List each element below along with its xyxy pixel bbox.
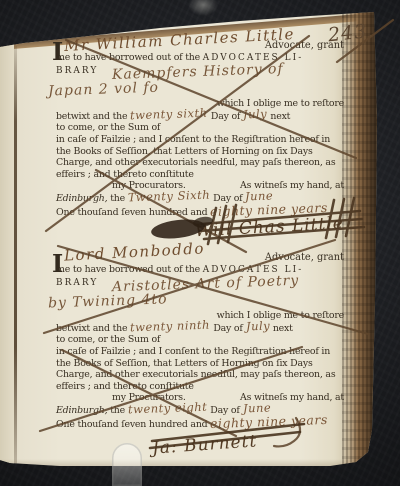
handwritten-signed-day: twenty eight: [128, 402, 208, 416]
register-page: 243. I Mr William Charles Little Advocat…: [0, 0, 400, 486]
printed-line: BRARYKaempfers History of: [56, 65, 344, 79]
initial-letter: I: [52, 252, 63, 276]
handwritten-return-day: twenty ninth: [130, 319, 210, 333]
plastic-page-holder: [112, 443, 142, 486]
entry-header-line: I Lord Monboddo Advocate, grant: [56, 252, 344, 264]
handwritten-return-month: July: [243, 108, 268, 120]
printed-line: Charge, and other executorials needful, …: [56, 369, 344, 381]
gutter-crease: [14, 46, 17, 464]
printed-line: effeirs ; and thereto conſtitute: [56, 169, 344, 181]
handwritten-return-day: twenty sixth: [130, 107, 208, 121]
facing-leaf-edge: [0, 40, 14, 468]
printed-line: the Books of Seſſion, that Letters of Ho…: [56, 146, 344, 158]
handwritten-return-month: July: [245, 320, 270, 332]
borrow-entry: I Lord Monboddo Advocate, grant me to ha…: [56, 252, 344, 455]
printed-line: Charge, and other executorials needful, …: [56, 157, 344, 169]
printed-line: to come, or the Sum of: [56, 122, 344, 134]
printed-line: betwixt and thetwenty ninthDay ofJulynex…: [56, 322, 344, 335]
printed-line: me to have borrowed out of the ADVOCATES…: [56, 52, 344, 65]
entry-header-line: I Mr William Charles Little Advocate, gr…: [56, 40, 344, 52]
printed-line: in caſe of Failzie ; and I conſent to th…: [56, 346, 344, 358]
handwritten-signed-day: Twenty Sixth: [128, 190, 211, 204]
printed-line: BRARYAristotles Art of Poetry: [56, 277, 344, 291]
handwritten-book-title-line2: Japan 2 vol fo: [48, 77, 248, 100]
printed-line: the Books of Seſſion, that Letters of Ho…: [56, 358, 344, 370]
handwritten-year: eighty nine years: [210, 413, 328, 429]
printed-line: effeirs ; and thereto conſtitute: [56, 381, 344, 393]
initial-letter: I: [52, 40, 63, 64]
printed-line: in caſe of Failzie ; and I conſent to th…: [56, 134, 344, 146]
register-photo: 243. I Mr William Charles Little Advocat…: [0, 0, 400, 486]
printed-line: betwixt and thetwenty sixthDay ofJulynex…: [56, 110, 344, 123]
handwritten-book-title-line2: by Twining 4to: [48, 289, 248, 312]
printed-line: One thouſand ſeven hundred andeighty nin…: [56, 417, 344, 431]
handwritten-signature: Ja: Burnett: [151, 431, 257, 458]
printed-line: me to have borrowed out of the ADVOCATES…: [56, 264, 344, 277]
printed-line: to come, or the Sum of: [56, 334, 344, 346]
borrow-entry: I Mr William Charles Little Advocate, gr…: [56, 40, 344, 241]
